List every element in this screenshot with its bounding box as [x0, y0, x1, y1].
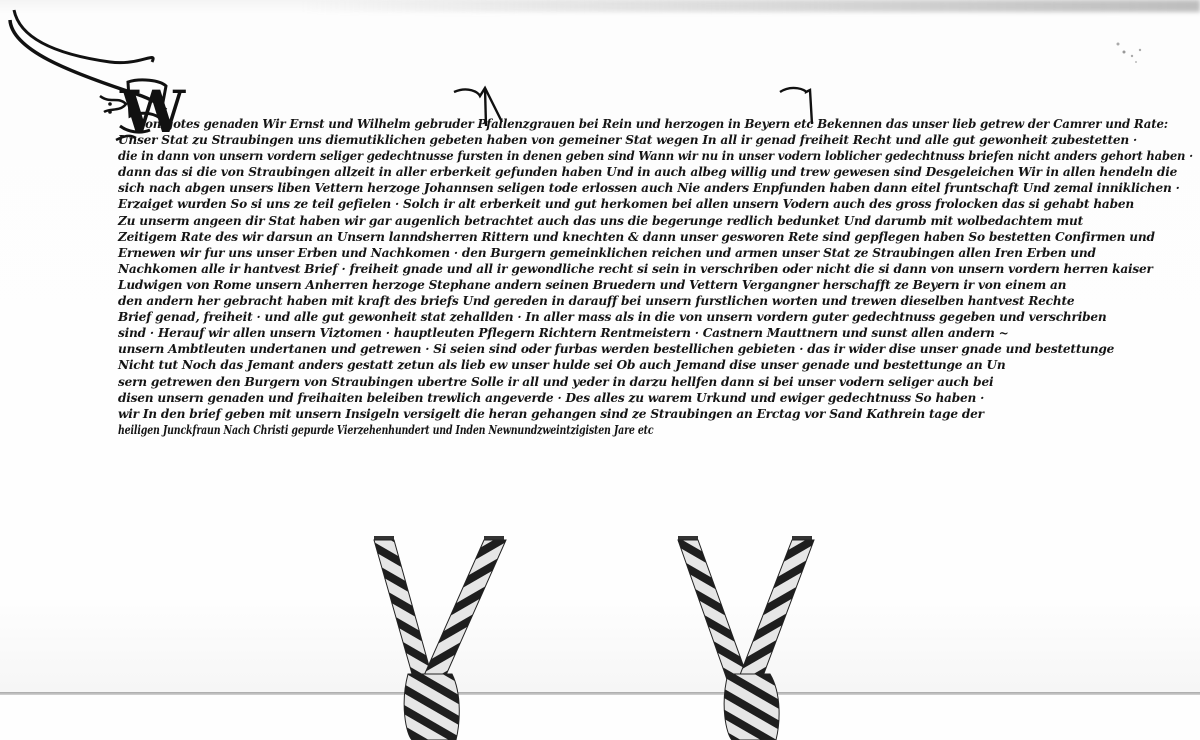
text-line: unsern Ambtleuten undertanen und getrewe…	[118, 341, 1193, 357]
seal-cord-right	[672, 534, 832, 740]
text-line: dann das si die von Straubingen allzeit …	[118, 164, 1193, 180]
seal-cord-left	[360, 534, 520, 740]
text-line: Unser Stat zu Straubingen uns diemutikli…	[118, 132, 1193, 148]
text-line: Ludwigen von Rome unsern Anherren herzog…	[118, 277, 1193, 293]
text-line: disen unsern genaden und freihaiten bele…	[118, 390, 1193, 406]
text-line: Zeitigem Rate des wir darsun an Unsern l…	[118, 229, 1193, 245]
text-line: sern getrewen den Burgern von Straubinge…	[118, 374, 1193, 390]
text-line: Brief genad, freiheit · und alle gut gew…	[118, 309, 1193, 325]
text-line: den andern her gebracht haben mit kraft …	[118, 293, 1193, 309]
text-line: Zu unserm angeen dir Stat haben wir gar …	[118, 213, 1193, 229]
text-line: die in dann von unsern vordern seliger g…	[118, 148, 1146, 164]
text-line: Nicht tut Noch das Jemant anders gestatt…	[118, 357, 1193, 373]
text-line: Erzaiget wurden So si uns ze teil gefiel…	[118, 196, 1193, 212]
text-line: heiligen Junckfraun Nach Christi gepurde…	[118, 422, 953, 438]
text-line: wir In den brief geben mit unsern Insige…	[118, 406, 1193, 422]
initial-letter: W	[120, 78, 185, 146]
ink-specks	[1110, 38, 1150, 68]
top-edge-shadow	[300, 0, 1200, 12]
text-line: on gotes genaden Wir Ernst und Wilhelm g…	[118, 116, 1164, 132]
plica	[0, 695, 1200, 740]
text-line: sind · Herauf wir allen unsern Viztomen …	[118, 325, 1193, 341]
text-line: Nachkomen alle ir hantvest Brief · freih…	[118, 261, 1193, 277]
text-line: Ernewen wir fur uns unser Erben und Nach…	[118, 245, 1193, 261]
charter-text: on gotes genaden Wir Ernst und Wilhelm g…	[118, 116, 1200, 438]
text-line: sich nach abgen unsers liben Vettern her…	[118, 180, 1193, 196]
